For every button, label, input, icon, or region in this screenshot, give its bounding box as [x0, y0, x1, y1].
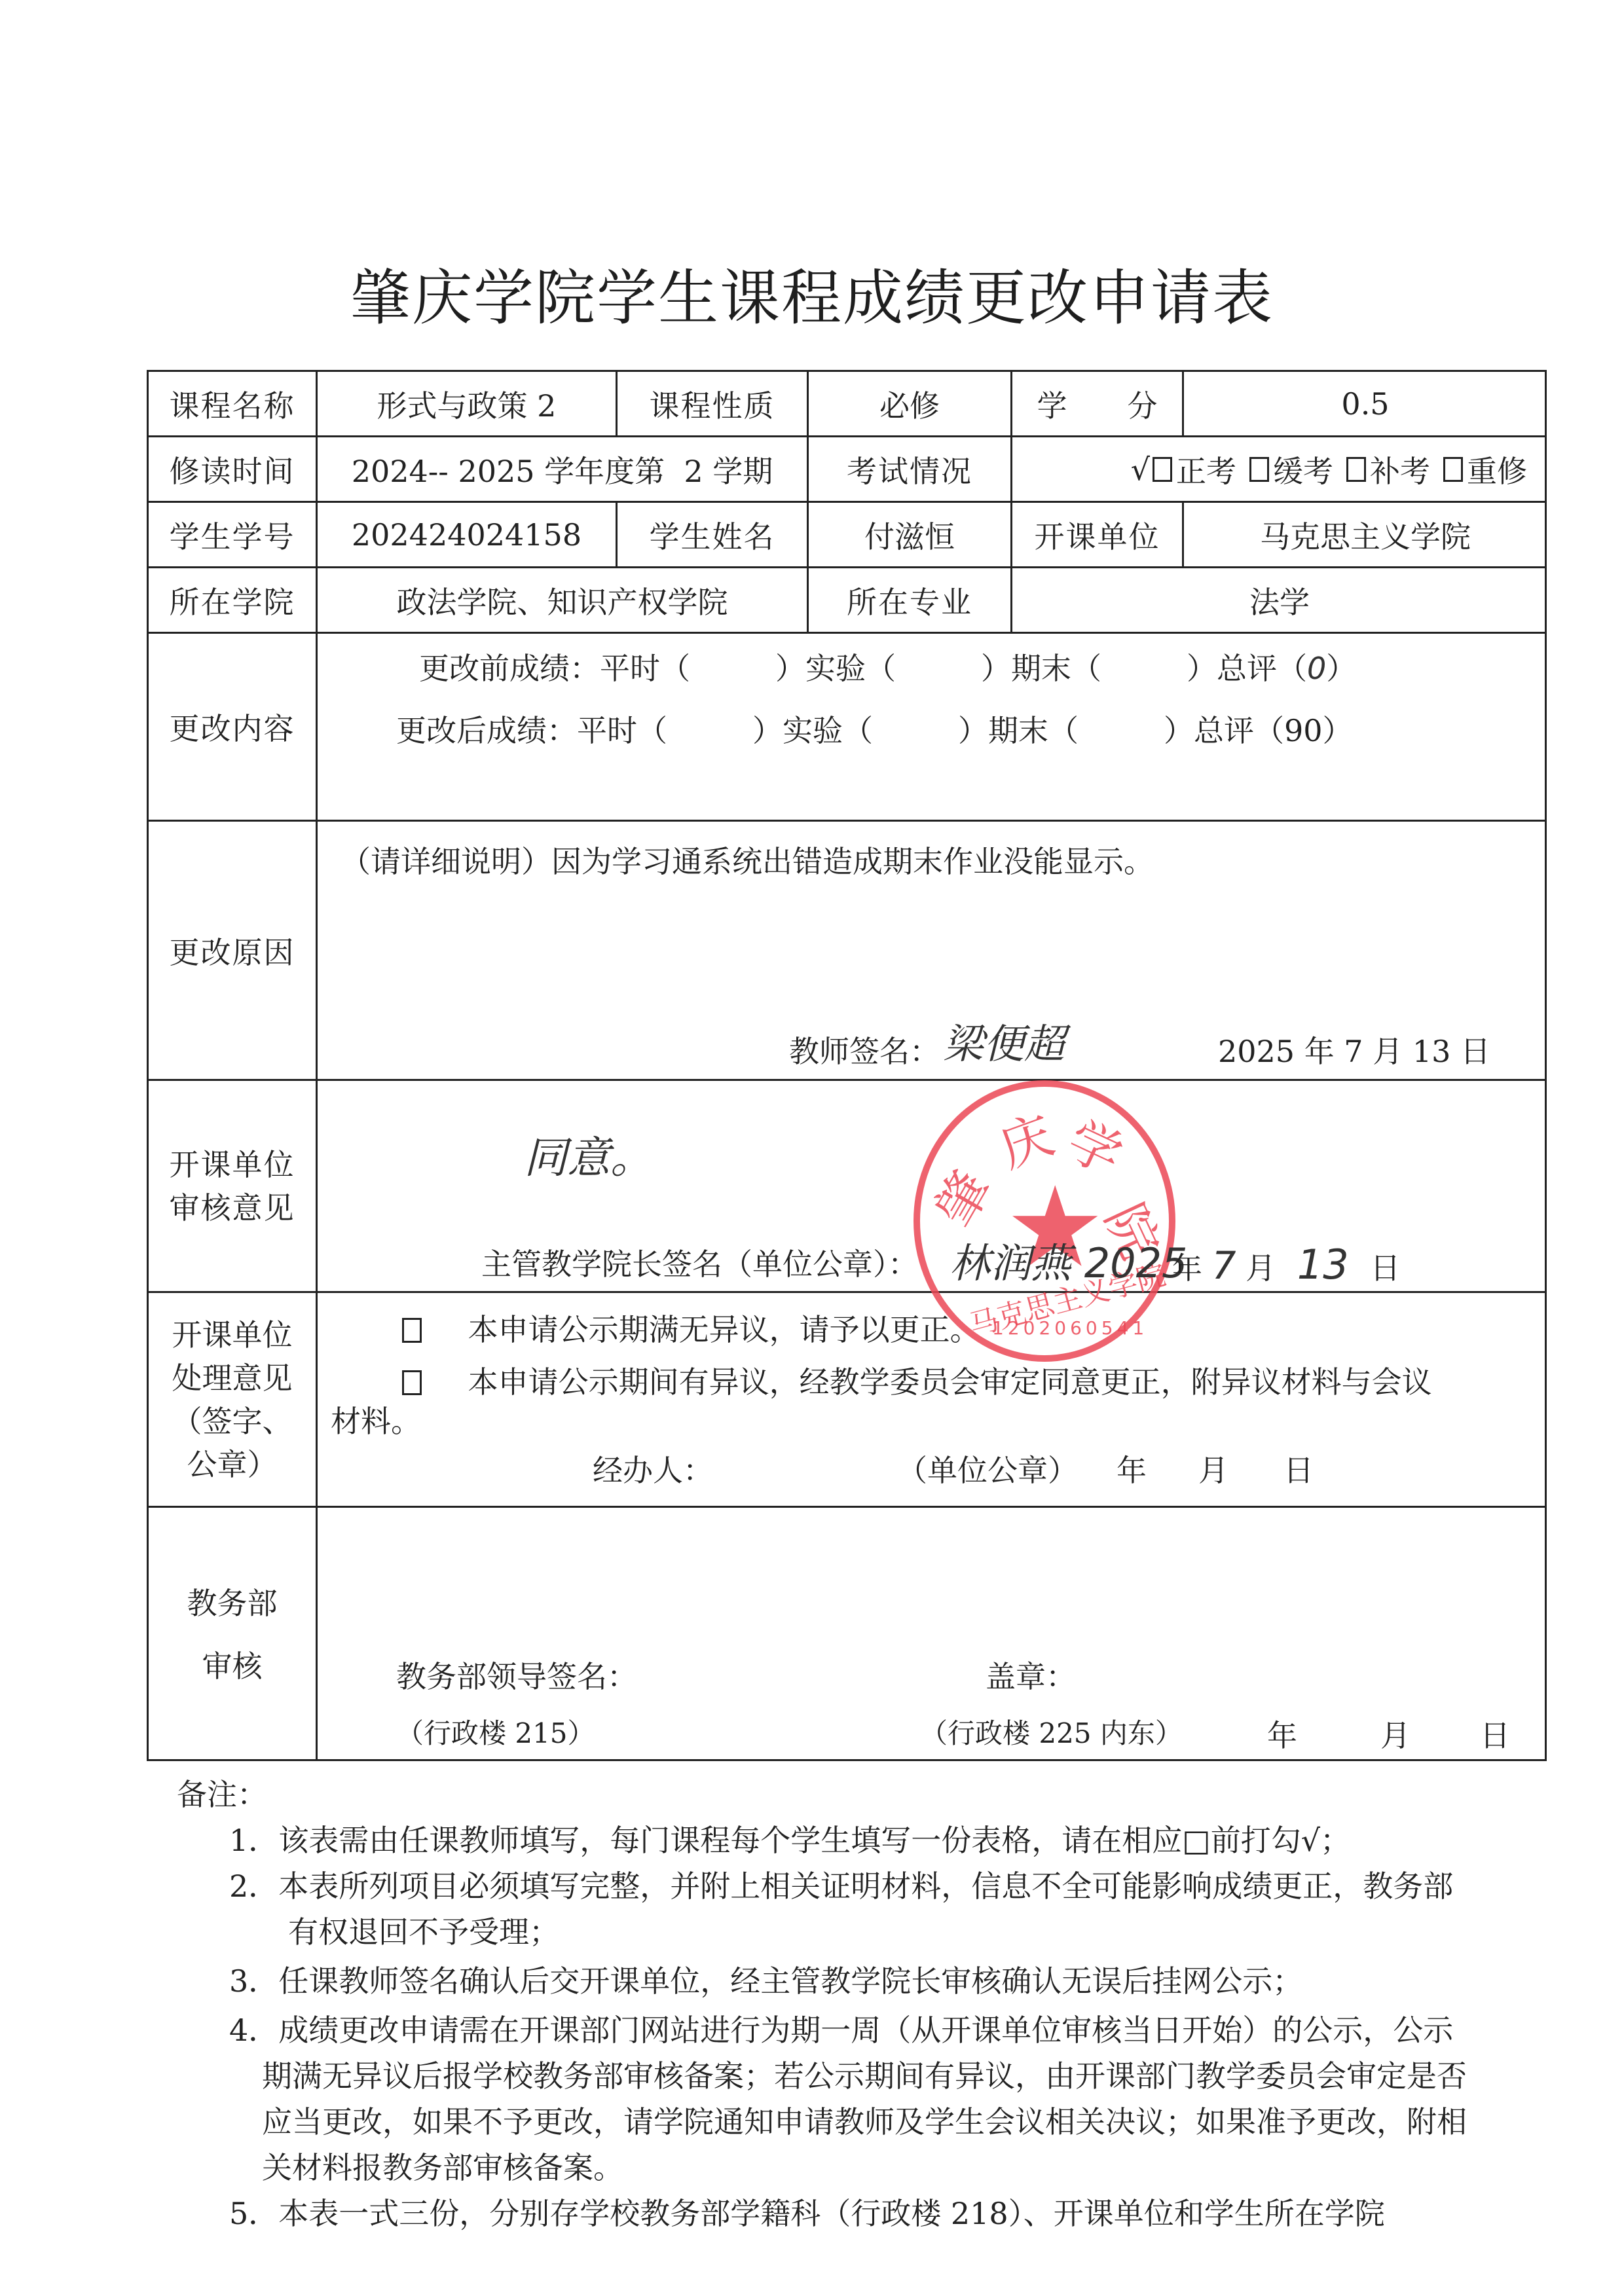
- academic-affairs-label-line1: 教务部: [187, 1572, 278, 1635]
- total-label: ）总评（: [1187, 651, 1307, 686]
- total-label: ）总评（: [1164, 713, 1284, 748]
- paren-close: ）: [1323, 713, 1353, 748]
- academic-affairs-label-line2: 审核: [202, 1635, 263, 1698]
- course-type-label: 课程性质: [618, 372, 807, 435]
- unit-review-label-line1: 开课单位: [170, 1143, 295, 1186]
- unit-processing-label-line: （签字、: [172, 1400, 293, 1443]
- option-retake: 重修: [1467, 448, 1527, 491]
- form-title: 肇庆学院学生课程成绩更改申请表: [0, 250, 1624, 337]
- unit-review-label: 开课单位 审核意见: [149, 1081, 316, 1291]
- total-after-value: 90: [1284, 713, 1323, 748]
- major-label: 所在专业: [809, 568, 1010, 632]
- affairs-day-label: 日: [1480, 1712, 1510, 1755]
- course-name-value: 形式与政策 2: [318, 372, 616, 435]
- row-divider: [147, 820, 1547, 822]
- academic-affairs-label: 教务部 审核: [149, 1508, 316, 1761]
- grade-after-line: 更改后成绩：平时（）实验（）期末（）总评（90）: [396, 707, 1353, 750]
- processing-month-label: 月: [1198, 1447, 1228, 1490]
- major-value: 法学: [1012, 568, 1547, 632]
- affairs-seal-label: 盖章：: [986, 1653, 1076, 1696]
- course-name-label: 课程名称: [149, 372, 316, 435]
- row-divider: [147, 632, 1547, 634]
- note-item: 3．任课教师签名确认后交开课单位，经主管教学院长审核确认无误后挂网公示；: [229, 1958, 1302, 2001]
- note-item: 关材料报教务部审核备案。: [262, 2144, 623, 2187]
- day-value: 13: [1297, 1241, 1349, 1288]
- checkbox-regular-exam[interactable]: [1153, 457, 1172, 482]
- grade-before-line: 更改前成绩：平时（）实验（）期末（）总评（0）: [419, 645, 1356, 688]
- row-divider: [147, 1291, 1547, 1293]
- total-before-value: 0: [1307, 651, 1326, 686]
- seal-code: 1202060541: [992, 1317, 1148, 1339]
- study-time-label: 修读时间: [149, 437, 316, 501]
- affairs-month-label: 月: [1380, 1712, 1411, 1755]
- unit-processing-label-line: 公章）: [187, 1443, 278, 1486]
- processing-option-1: 本申请公示期满无异议，请予以更正。: [399, 1306, 980, 1349]
- affairs-year-label: 年: [1267, 1712, 1297, 1755]
- dean-signature: 林润燕 2025: [950, 1231, 1188, 1289]
- change-reason-text: （请详细说明）因为学习通系统出错造成期末作业没能显示。: [341, 838, 1154, 881]
- processing-year-label: 年: [1116, 1447, 1147, 1490]
- day-label: 日: [1370, 1250, 1400, 1286]
- unit-processing-label-line: 开课单位: [172, 1313, 293, 1357]
- usual-label: 平时（: [600, 651, 690, 686]
- year-label: 年: [1172, 1250, 1202, 1286]
- month-value: 7: [1212, 1243, 1236, 1288]
- row-divider: [147, 1079, 1547, 1081]
- note-item: 4．成绩更改申请需在开课部门网站进行为期一周（从开课单位审核当日开始）的公示，公…: [229, 2007, 1453, 2050]
- processing-day-label: 日: [1283, 1447, 1314, 1490]
- college-label: 所在学院: [149, 568, 316, 632]
- student-id-value: 202424024158: [318, 503, 616, 566]
- teacher-sign-label: 教师签名：: [789, 1028, 940, 1071]
- exam-status-label: 考试情况: [809, 437, 1010, 501]
- option-no-objection-text: 本申请公示期满无异议，请予以更正。: [468, 1312, 980, 1347]
- final-label: ）期末（: [958, 713, 1079, 748]
- note-item: 应当更改，如果不予更改，请学院通知申请教师及学生会议相关决议；如果准予更改，附相: [262, 2098, 1467, 2141]
- student-id-label: 学生学号: [149, 503, 316, 566]
- month-label: 月: [1246, 1250, 1276, 1286]
- offering-unit-label: 开课单位: [1012, 503, 1182, 566]
- change-content-label: 更改内容: [149, 634, 316, 820]
- handler-label: 经办人：: [593, 1447, 713, 1490]
- note-item: 期满无异议后报学校教务部审核备案；若公示期间有异议，由开课部门教学委员会审定是否: [262, 2052, 1467, 2096]
- offering-unit-value: 马克思主义学院: [1184, 503, 1547, 566]
- study-time-value: 2024-- 2025 学年度第 2 学期: [318, 437, 807, 501]
- paren-close: ）: [1326, 651, 1356, 686]
- processing-option-2: 本申请公示期间有异议，经教学委员会审定同意更正，附异议材料与会议: [399, 1358, 1432, 1402]
- option-with-objection-text-cont: 材料。: [331, 1398, 421, 1441]
- checkbox-deferred-exam[interactable]: [1249, 457, 1269, 482]
- credit-value: 0.5: [1184, 372, 1547, 435]
- checkbox-makeup-exam[interactable]: [1346, 457, 1366, 482]
- usual-label: 平时（: [577, 713, 667, 748]
- notes-heading: 备注：: [177, 1771, 267, 1814]
- note-item: 有权退回不予受理；: [288, 1908, 559, 1952]
- grade-after-prefix: 更改后成绩：: [396, 713, 577, 748]
- college-value: 政法学院、知识产权学院: [318, 568, 807, 632]
- option-regular-exam: 正考: [1176, 448, 1236, 491]
- course-type-value: 必修: [809, 372, 1010, 435]
- checkbox-retake[interactable]: [1443, 457, 1463, 482]
- change-reason-label: 更改原因: [149, 822, 316, 1079]
- lab-label: ）实验（: [775, 651, 896, 686]
- unit-review-label-line2: 审核意见: [170, 1186, 295, 1230]
- check-mark-icon: √: [1131, 452, 1150, 487]
- checkbox-no-objection[interactable]: [402, 1318, 422, 1343]
- seal-char: 肇: [913, 1155, 1005, 1238]
- student-name-label: 学生姓名: [618, 503, 807, 566]
- unit-seal-label: （单位公章）: [897, 1447, 1078, 1490]
- row-divider: [147, 1506, 1547, 1508]
- student-name-value: 付滋恒: [809, 503, 1010, 566]
- dean-sign-label: 主管教学院长签名（单位公章）：: [481, 1241, 918, 1284]
- review-opinion: 同意。: [524, 1123, 654, 1185]
- option-with-objection-text: 本申请公示期间有异议，经教学委员会审定同意更正，附异议材料与会议: [468, 1364, 1432, 1400]
- unit-processing-label-line: 处理意见: [172, 1357, 293, 1400]
- exam-status-options: √ 正考 缓考 补考 重修: [1012, 437, 1547, 501]
- final-label: ）期末（: [981, 651, 1101, 686]
- note-item: 5．本表一式三份，分别存学校教务部学籍科（行政楼 218）、开课单位和学生所在学…: [229, 2190, 1385, 2233]
- affairs-seal-location: （行政楼 225 内东）: [920, 1712, 1183, 1751]
- affairs-leader-location: （行政楼 215）: [396, 1712, 595, 1751]
- teacher-signature: 梁便超: [943, 1011, 1065, 1070]
- lab-label: ）实验（: [752, 713, 873, 748]
- credit-label: 学 分: [1012, 372, 1182, 435]
- option-makeup-exam: 补考: [1370, 448, 1430, 491]
- unit-processing-label: 开课单位 处理意见 （签字、 公章）: [149, 1293, 316, 1506]
- checkbox-with-objection[interactable]: [402, 1370, 422, 1395]
- affairs-leader-sign-label: 教务部领导签名：: [396, 1653, 637, 1696]
- dean-sign-date: 年 7 月 13 日: [1172, 1241, 1400, 1288]
- grade-before-prefix: 更改前成绩：: [419, 651, 600, 686]
- teacher-sign-date: 2025 年 7 月 13 日: [1218, 1028, 1490, 1071]
- option-deferred-exam: 缓考: [1273, 448, 1333, 491]
- note-item: 1．该表需由任课教师填写，每门课程每个学生填写一份表格，请在相应□前打勾√；: [229, 1817, 1350, 1860]
- note-item: 2．本表所列项目必须填写完整，并附上相关证明材料，信息不全可能影响成绩更正，教务…: [229, 1863, 1453, 1906]
